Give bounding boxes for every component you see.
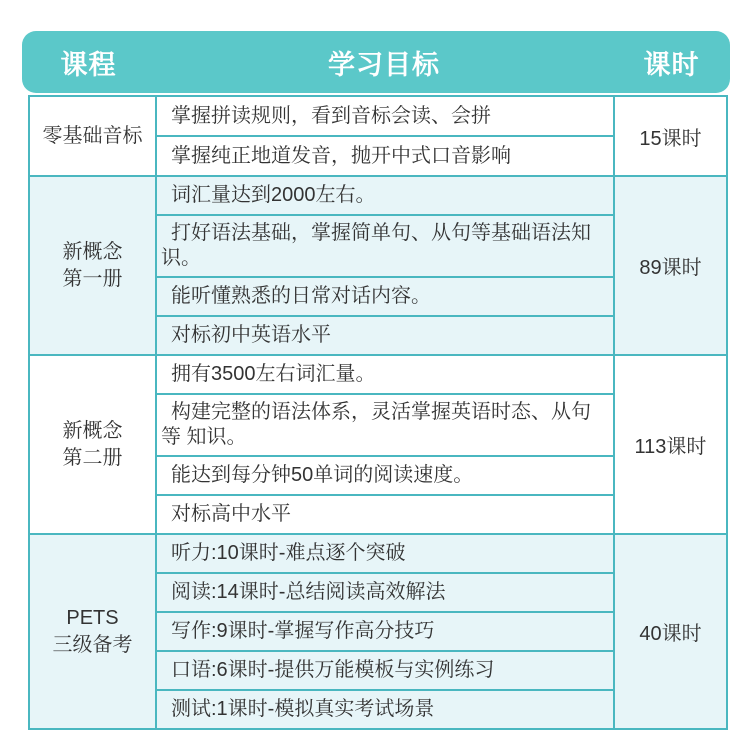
- course-schedule-page: 课程 学习目标 课时 零基础音标 掌握拼读规则，看到音标会读、会拼 15课时 掌…: [0, 0, 750, 747]
- table-row: 零基础音标 掌握拼读规则，看到音标会读、会拼 15课时: [29, 96, 727, 136]
- goal-cell: 听力:10课时-难点逐个突破: [156, 534, 614, 573]
- course-table: 零基础音标 掌握拼读规则，看到音标会读、会拼 15课时 掌握纯正地道发音，抛开中…: [28, 95, 728, 730]
- table-row: 新概念 第一册 词汇量达到2000左右。 89课时: [29, 176, 727, 215]
- goal-cell: 对标初中英语水平: [156, 316, 614, 355]
- hours-cell: 113课时: [614, 355, 727, 534]
- hours-cell: 89课时: [614, 176, 727, 355]
- goal-cell: 对标高中水平: [156, 495, 614, 534]
- goal-cell: 掌握拼读规则，看到音标会读、会拼: [156, 96, 614, 136]
- goal-cell: 构建完整的语法体系，灵活掌握英语时态、从句等 知识。: [156, 394, 614, 456]
- goal-cell: 打好语法基础，掌握简单句、从句等基础语法知识。: [156, 215, 614, 277]
- goal-cell: 掌握纯正地道发音，抛开中式口音影响: [156, 136, 614, 176]
- hours-cell: 15课时: [614, 96, 727, 176]
- course-name-cell: 新概念 第一册: [29, 176, 156, 355]
- goal-cell: 口语:6课时-提供万能模板与实例练习: [156, 651, 614, 690]
- course-name-cell: 零基础音标: [29, 96, 156, 176]
- goal-cell: 能达到每分钟50单词的阅读速度。: [156, 456, 614, 495]
- goal-cell: 词汇量达到2000左右。: [156, 176, 614, 215]
- goal-cell: 写作:9课时-掌握写作高分技巧: [156, 612, 614, 651]
- hours-cell: 40课时: [614, 534, 727, 729]
- course-name-cell: 新概念 第二册: [29, 355, 156, 534]
- table-header-bar: 课程 学习目标 课时: [22, 31, 730, 93]
- header-course: 课程: [22, 43, 155, 82]
- goal-cell: 能听懂熟悉的日常对话内容。: [156, 277, 614, 316]
- table-row: PETS 三级备考 听力:10课时-难点逐个突破 40课时: [29, 534, 727, 573]
- goal-cell: 阅读:14课时-总结阅读高效解法: [156, 573, 614, 612]
- course-name-cell: PETS 三级备考: [29, 534, 156, 729]
- table-row: 新概念 第二册 拥有3500左右词汇量。 113课时: [29, 355, 727, 394]
- goal-cell: 拥有3500左右词汇量。: [156, 355, 614, 394]
- header-hours: 课时: [613, 43, 730, 82]
- header-learning-goals: 学习目标: [155, 43, 613, 82]
- goal-cell: 测试:1课时-模拟真实考试场景: [156, 690, 614, 729]
